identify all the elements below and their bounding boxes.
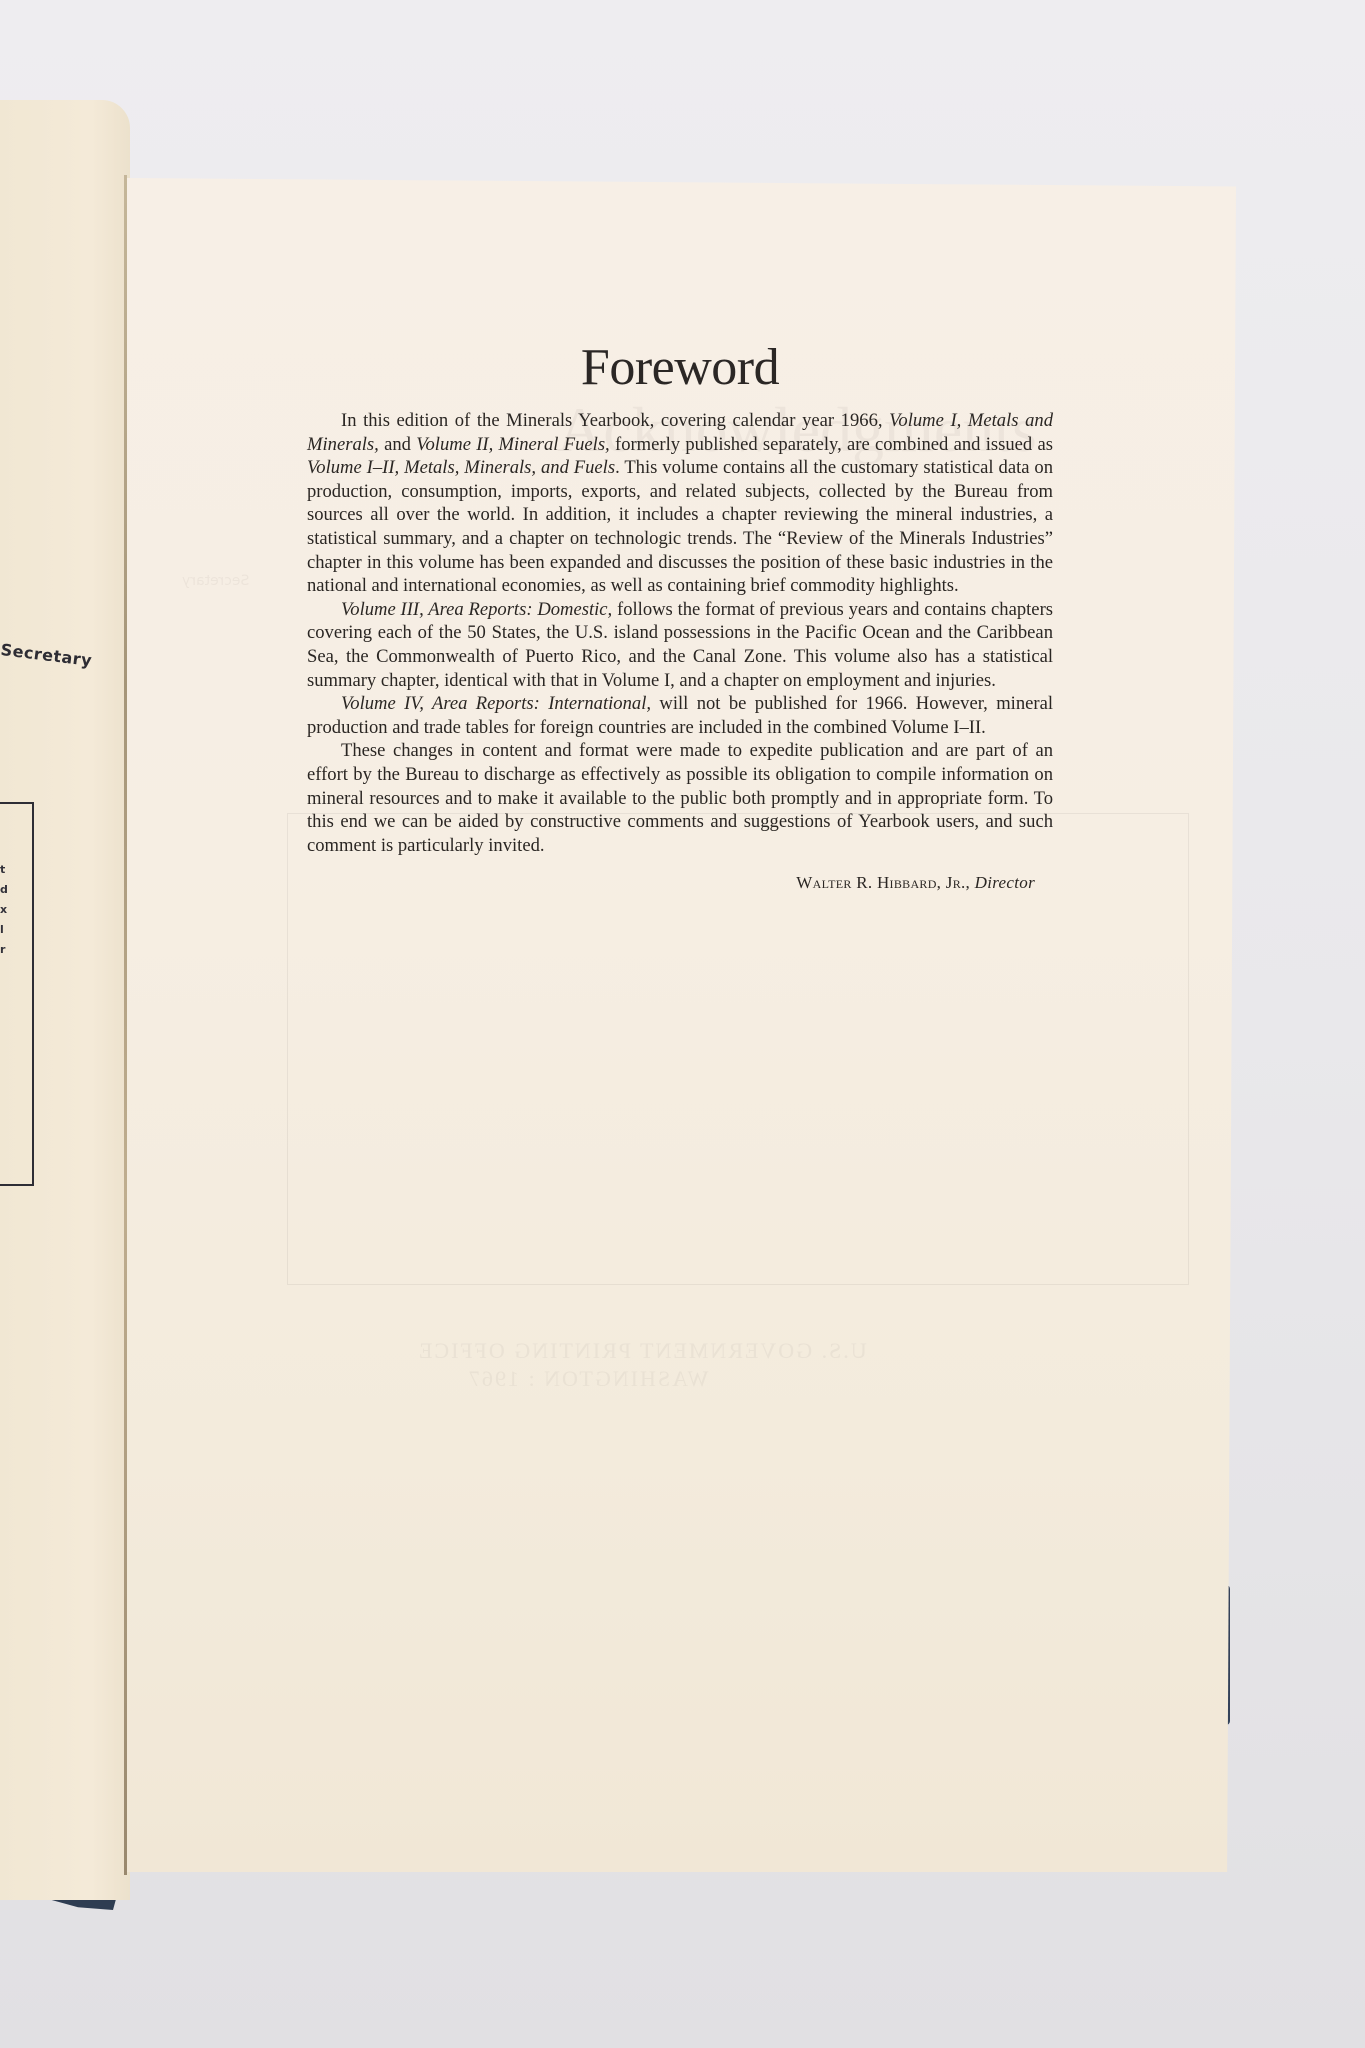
italic-run: Volume IV, Area Reports: International, bbox=[341, 693, 651, 714]
bleed-through-imprint: U.S. GOVERNMENT PRINTING OFFICE bbox=[417, 1338, 867, 1364]
signatory-name: Walter R. Hibbard, Jr., bbox=[796, 873, 970, 892]
text-run: and bbox=[379, 434, 416, 455]
bleed-through-imprint-2: WASHINGTON : 1967 bbox=[467, 1366, 708, 1392]
box-glyph: l bbox=[0, 920, 10, 940]
paragraph-3: Volume IV, Area Reports: International, … bbox=[307, 692, 1053, 739]
paragraph-1: In this edition of the Minerals Yearbook… bbox=[307, 409, 1053, 598]
italic-run: Volume III, Area Reports: Domestic, bbox=[341, 599, 612, 620]
box-glyph: x bbox=[0, 900, 10, 920]
left-page-secretary-label: Secretary bbox=[0, 640, 93, 670]
italic-run: Volume I–II, Metals, Minerals, and Fuels bbox=[307, 457, 615, 478]
text-run: These changes in content and format were… bbox=[307, 740, 1053, 855]
bleed-through-secretary: Secretary bbox=[182, 573, 249, 589]
signatory-title: Director bbox=[975, 873, 1035, 892]
box-glyph: d bbox=[0, 880, 10, 900]
book-gutter bbox=[124, 175, 127, 1875]
page-title: Foreword bbox=[307, 338, 1053, 397]
paragraph-4: These changes in content and format were… bbox=[307, 739, 1053, 857]
box-glyph: t bbox=[0, 860, 10, 880]
signature: Walter R. Hibbard, Jr., Director bbox=[307, 873, 1053, 893]
text-run: formerly published separately, are combi… bbox=[610, 434, 1053, 455]
left-page-box-text: t d x l r bbox=[0, 860, 10, 960]
italic-run: Volume II, Mineral Fuels, bbox=[416, 434, 610, 455]
paragraph-2: Volume III, Area Reports: Domestic, foll… bbox=[307, 598, 1053, 692]
foreword-content: Foreword In this edition of the Minerals… bbox=[307, 338, 1053, 893]
box-glyph: r bbox=[0, 940, 10, 960]
left-page: Secretary t d x l r bbox=[0, 100, 130, 1900]
right-page: Acknowledgments U.S. GOVERNMENT PRINTING… bbox=[127, 178, 1236, 1872]
text-run: In this edition of the Minerals Yearbook… bbox=[341, 410, 889, 431]
